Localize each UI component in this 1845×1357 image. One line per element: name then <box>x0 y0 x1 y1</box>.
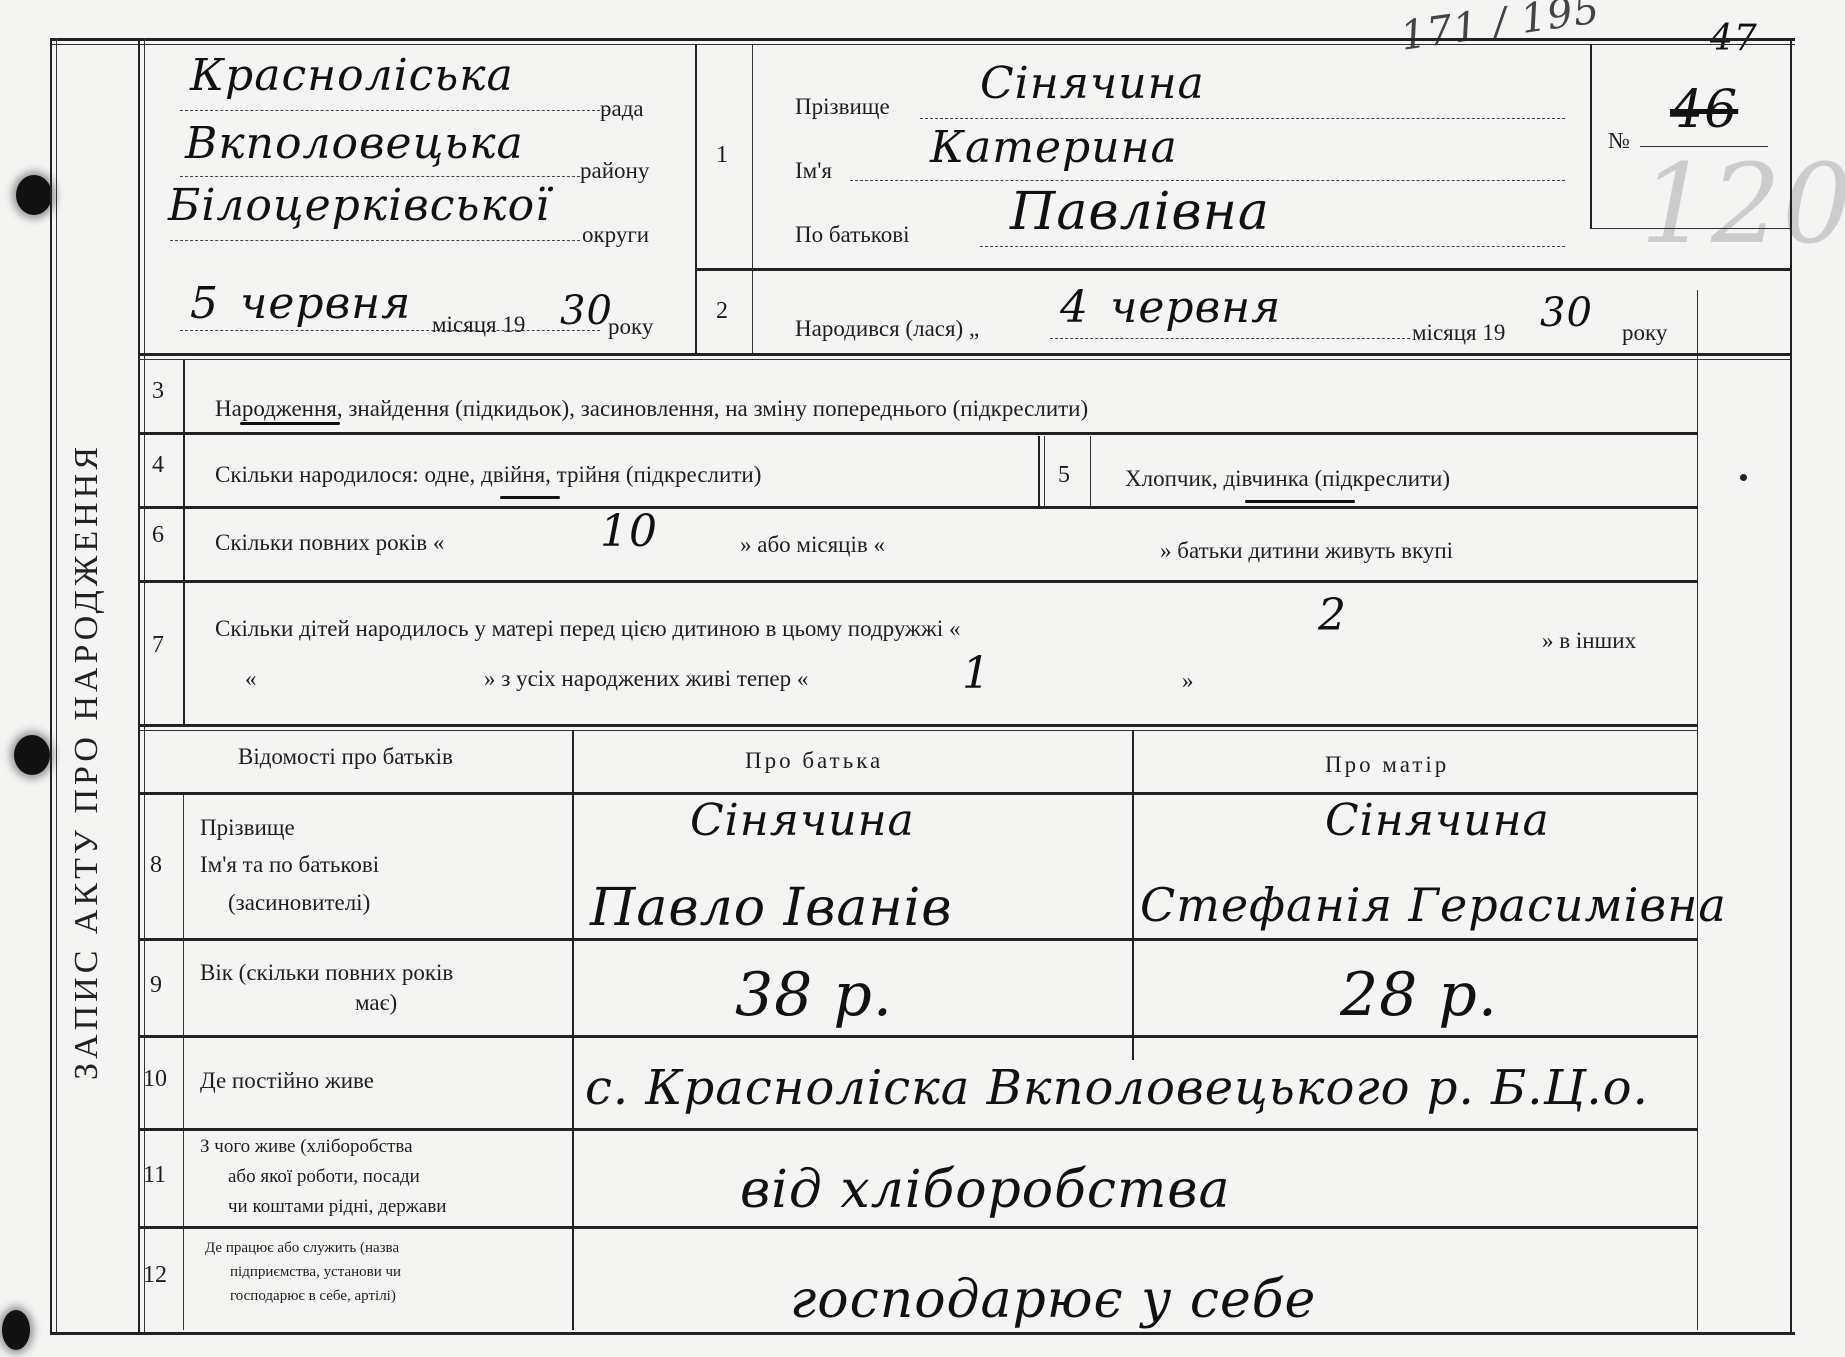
birth-date-line <box>1050 338 1410 339</box>
birth-date-label: Народився (лася) „ <box>795 316 979 342</box>
row6-years-value: 10 <box>600 506 658 557</box>
parents-col-divider-2 <box>1132 730 1134 1060</box>
row11-bottom <box>138 1226 1698 1229</box>
row4-underline <box>500 496 560 499</box>
row7-line2-open: « <box>245 666 257 692</box>
frame-left <box>50 38 52 1332</box>
frame-top-inner <box>50 44 1795 45</box>
archive-note: 171 / 195 <box>1398 0 1603 60</box>
row6-months-label: » або місяців « <box>740 532 885 558</box>
row-number-11: 11 <box>143 1162 166 1189</box>
header-divider-left <box>695 44 697 354</box>
row3-text: Народження, знайдення (підкидьок), засин… <box>215 396 1088 422</box>
row-number-7: 7 <box>152 632 164 659</box>
patronymic-label: По батькові <box>795 222 909 248</box>
row-number-12: 12 <box>143 1262 167 1289</box>
reg-date-month: червня <box>240 278 411 329</box>
row-number-9: 9 <box>150 972 162 999</box>
frame-right <box>1790 38 1792 1332</box>
name-value: Катерина <box>930 122 1178 173</box>
row10-label-1: Де постійно живе <box>200 1068 374 1094</box>
row9-label-1: Вік (скільки повних років <box>200 960 453 986</box>
row6-years-label: Скільки повних років « <box>215 530 444 556</box>
frame-left-inner <box>56 38 57 1332</box>
ink-dot <box>1740 474 1747 481</box>
birth-year-label: року <box>1622 320 1667 346</box>
father-age: 38 р. <box>735 960 893 1030</box>
row6-end-label: » батьки дитини живуть вкупі <box>1160 538 1453 564</box>
mother-age: 28 р. <box>1340 960 1498 1030</box>
birth-year: 30 <box>1540 290 1593 336</box>
row5-divider-right <box>1090 436 1091 506</box>
row-number-2: 2 <box>716 298 728 325</box>
row7-line1-end: » в інших <box>1542 628 1636 654</box>
surname-label: Прізвище <box>795 94 890 120</box>
birth-month: червня <box>1110 282 1281 333</box>
row7-line1-label: Скільки дітей народилось у матері перед … <box>215 616 960 642</box>
row8-label-3: (засиновителі) <box>228 890 370 916</box>
row9-bottom <box>138 1035 1698 1038</box>
row7-alive-value: 1 <box>962 648 991 699</box>
district-value: Вкполовецька <box>185 118 524 169</box>
birth-month-label: місяця 19 <box>1412 320 1505 346</box>
row5-divider-left <box>1038 436 1040 506</box>
row11-label-3: чи коштами рідні, держави <box>228 1196 446 1218</box>
council-line <box>180 110 610 111</box>
number-column-divider <box>183 359 185 724</box>
workplace-value: господарює у себе <box>790 1270 1316 1330</box>
faint-stamp: 120 <box>1640 140 1845 268</box>
district-line <box>180 176 580 177</box>
row-number-10: 10 <box>143 1066 167 1093</box>
parents-col-divider-1 <box>572 730 574 1330</box>
mother-name: Стефанія Герасимівна <box>1140 878 1727 932</box>
parents-header-info: Відомості про батьків <box>238 744 453 770</box>
record-box-left <box>1590 44 1592 229</box>
reg-date-day: 5 <box>190 278 219 329</box>
frame-right-inner <box>1697 290 1698 1330</box>
row7-line2-close: » <box>1182 668 1194 694</box>
record-box-bottom <box>1590 228 1790 229</box>
row6-bottom <box>138 580 1698 583</box>
row7-line2-label: » з усіх народжених живі тепер « <box>484 666 808 692</box>
header-bottom-inner <box>138 359 1790 360</box>
row9-label-2: має) <box>355 990 397 1016</box>
row7-bottom <box>138 724 1698 727</box>
header-bottom <box>138 353 1790 356</box>
header-row-split <box>695 268 1790 271</box>
row-number-8: 8 <box>150 852 162 879</box>
document-vertical-title: ЗАПИС АКТУ ПРО НАРОДЖЕННЯ <box>68 443 106 1080</box>
council-value: Красноліська <box>190 50 514 101</box>
surname-line <box>920 118 1565 119</box>
row4-bottom <box>138 506 1698 509</box>
row12-label-1: Де працює або служить (назва <box>205 1240 399 1257</box>
row8-bottom <box>138 938 1698 941</box>
patronymic-value: Павлівна <box>1010 182 1270 242</box>
row7-bottom-inner <box>138 730 1698 731</box>
mother-surname: Сінячина <box>1325 795 1550 846</box>
row11-label-1: З чого живе (хліборобства <box>200 1136 413 1158</box>
name-line <box>850 180 1565 181</box>
row3-underline <box>240 422 340 425</box>
frame-title-divider <box>138 38 140 1332</box>
row8-label-1: Прізвище <box>200 815 295 841</box>
district-label: району <box>580 158 649 184</box>
row12-label-2: підприємства, установи чи <box>230 1264 401 1281</box>
row7-this-marriage-value: 2 <box>1318 590 1347 641</box>
name-label: Ім'я <box>795 158 832 184</box>
parents-header-father: Про батька <box>745 748 883 774</box>
row8-label-2: Ім'я та по батькові <box>200 852 379 878</box>
frame-title-divider-inner <box>144 38 145 1332</box>
row5-divider-left-inner <box>1044 436 1045 506</box>
row-number-3: 3 <box>152 378 164 405</box>
punch-hole-top <box>16 175 52 215</box>
punch-hole-bottom <box>2 1310 30 1350</box>
row11-label-2: або якої роботи, посади <box>228 1166 420 1188</box>
row-number-1: 1 <box>716 142 728 169</box>
surname-value: Сінячина <box>980 58 1205 109</box>
row10-bottom <box>138 1128 1698 1131</box>
row4-text: Скільки народилося: одне, двійня, трійня… <box>215 462 761 488</box>
reg-date-month-label: місяця 19 <box>432 312 525 338</box>
reg-date-year-label: року <box>608 314 653 340</box>
parents-header-mother: Про матір <box>1325 752 1449 778</box>
row12-label-3: господарює в себе, артілі) <box>230 1288 396 1305</box>
father-name: Павло Іванів <box>590 878 953 938</box>
row5-underline <box>1245 500 1355 503</box>
frame-top <box>50 38 1795 41</box>
punch-hole-middle <box>14 735 50 775</box>
parents-number-divider <box>183 795 184 1330</box>
row-number-6: 6 <box>152 522 164 549</box>
record-number-value: 46 <box>1670 80 1738 140</box>
patronymic-line <box>980 246 1565 247</box>
frame-bottom <box>50 1332 1795 1335</box>
council-label: рада <box>600 96 644 122</box>
birth-day: 4 <box>1060 282 1089 333</box>
reg-date-line <box>180 330 600 331</box>
record-number-line <box>1640 146 1768 147</box>
record-number-label: № <box>1608 128 1630 154</box>
row-number-5: 5 <box>1058 462 1070 489</box>
reg-date-year: 30 <box>560 288 613 334</box>
row5-text: Хлопчик, дівчинка (підкреслити) <box>1125 466 1450 492</box>
row-number-4: 4 <box>152 452 164 479</box>
okruha-value: Білоцерківської <box>168 180 550 231</box>
row3-bottom <box>138 432 1698 435</box>
father-surname: Сінячина <box>690 795 915 846</box>
okruha-label: округи <box>582 222 649 248</box>
occupation-value: від хліборобства <box>740 1160 1231 1220</box>
residence-value: с. Красноліска Вкполовецького р. Б.Ц.о. <box>585 1060 1649 1116</box>
header-divider-num <box>752 44 753 354</box>
okruha-line <box>170 240 580 241</box>
